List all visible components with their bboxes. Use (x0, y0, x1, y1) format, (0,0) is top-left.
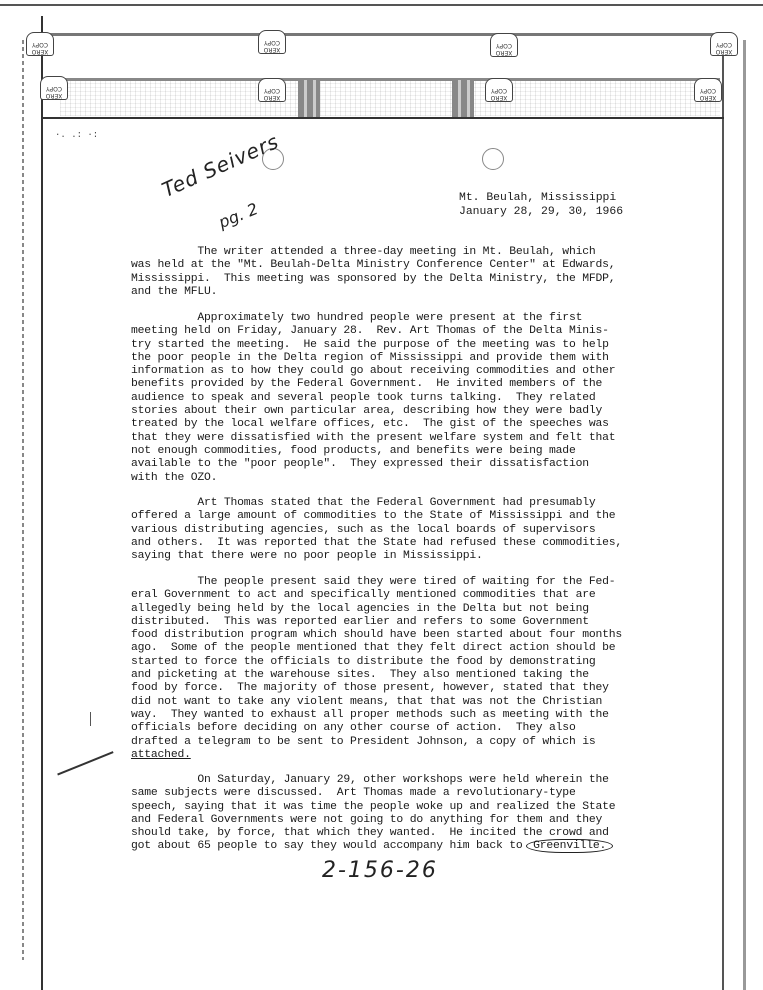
xerox-copy-stamp: XERO COPY (258, 78, 286, 102)
page-top-border (42, 117, 724, 119)
xerox-copy-stamp: XERO COPY (258, 30, 286, 54)
paragraph-2: Approximately two hundred people were pr… (131, 312, 631, 485)
text-line: eral Government to act and specifically … (131, 589, 631, 602)
text-line: food by force. The majority of those pre… (131, 682, 631, 695)
text-line: with the OZO. (131, 472, 631, 485)
xerox-copy-stamp: XERO COPY (40, 76, 68, 100)
text-line: information as to how they could go abou… (131, 365, 631, 378)
text-line: meeting held on Friday, January 28. Rev.… (131, 325, 631, 338)
text-line: way. They wanted to exhaust all proper m… (131, 709, 631, 722)
margin-scribble (50, 734, 113, 775)
text-line: and picketing at the warehouse sites. Th… (131, 669, 631, 682)
text-line: should take, by force, that which they w… (131, 827, 631, 840)
binder-bar-middle (60, 78, 720, 81)
text-line: audience to speak and several people too… (131, 392, 631, 405)
header-dates: January 28, 29, 30, 1966 (459, 206, 623, 220)
scan-noise (60, 80, 720, 116)
xerox-copy-stamp: XERO COPY (490, 33, 518, 57)
scan-right-edge (743, 40, 746, 990)
binder-bar-top (40, 33, 730, 36)
text-line: various distributing agencies, such as t… (131, 524, 631, 537)
paragraph-1: The writer attended a three-day meeting … (131, 246, 631, 299)
text-line: food distribution program which should h… (131, 629, 631, 642)
text-line: offered a large amount of commodities to… (131, 510, 631, 523)
text-line: officials before deciding on any other c… (131, 722, 631, 735)
text-line: saying that there were no poor people in… (131, 550, 631, 563)
text-line: speech, saying that it was time the peop… (131, 801, 631, 814)
text-line: treated by the local welfare offices, et… (131, 418, 631, 431)
header-place: Mt. Beulah, Mississippi (459, 192, 623, 206)
text-line: that they were dissatisfied with the pre… (131, 432, 631, 445)
handwritten-file-number: 2-156-26 (322, 858, 438, 883)
text-line: benefits provided by the Federal Governm… (131, 378, 631, 391)
text-line-lead: got about 65 people to say they would ac… (131, 840, 529, 852)
text-line: distributed. This was reported earlier a… (131, 616, 631, 629)
text-line: was held at the "Mt. Beulah-Delta Minist… (131, 259, 631, 272)
xerox-copy-stamp: XERO COPY (26, 32, 54, 56)
punch-hole-icon (482, 148, 504, 170)
text-line: available to the "poor people". They exp… (131, 458, 631, 471)
document-header: Mt. Beulah, Mississippi January 28, 29, … (459, 192, 623, 219)
text-line: stories about their own particular area,… (131, 405, 631, 418)
text-line: and others. It was reported that the Sta… (131, 537, 631, 550)
paragraph-3: Art Thomas stated that the Federal Gover… (131, 497, 631, 563)
scan-fleck: ·. .: ·: (55, 130, 98, 140)
text-line: got about 65 people to say they would ac… (131, 840, 631, 853)
xerox-copy-stamp: XERO COPY (694, 78, 722, 102)
paragraph-5: On Saturday, January 29, other workshops… (131, 774, 631, 854)
text-line: The people present said they were tired … (131, 576, 631, 589)
paragraph-4: The people present said they were tired … (131, 576, 631, 762)
binder-clip (298, 80, 320, 117)
text-line-underlined: attached. (131, 749, 631, 762)
page-left-border (41, 16, 43, 990)
text-line: and the MFLU. (131, 286, 631, 299)
xerox-copy-stamp: XERO COPY (710, 32, 738, 56)
handwritten-page-number: pg. 2 (216, 199, 261, 232)
text-line: On Saturday, January 29, other workshops… (131, 774, 631, 787)
text-line: drafted a telegram to be sent to Preside… (131, 736, 631, 749)
text-line: allegedly being held by the local agenci… (131, 603, 631, 616)
text-line: and Federal Governments were not going t… (131, 814, 631, 827)
text-line: did not want to take any violent means, … (131, 696, 631, 709)
margin-mark (90, 712, 91, 726)
scan-left-edge (22, 40, 24, 960)
text-line: started to force the officials to distri… (131, 656, 631, 669)
page-right-border (722, 40, 724, 990)
text-line: The writer attended a three-day meeting … (131, 246, 631, 259)
text-line: Approximately two hundred people were pr… (131, 312, 631, 325)
text-line: Art Thomas stated that the Federal Gover… (131, 497, 631, 510)
text-line: Mississippi. This meeting was sponsored … (131, 273, 631, 286)
circled-word: Greenville. (526, 839, 613, 853)
text-line: the poor people in the Delta region of M… (131, 352, 631, 365)
text-line: same subjects were discussed. Art Thomas… (131, 787, 631, 800)
xerox-copy-stamp: XERO COPY (485, 78, 513, 102)
text-line: ago. Some of the people mentioned that t… (131, 642, 631, 655)
text-line: try started the meeting. He said the pur… (131, 339, 631, 352)
text-line: not enough commodities, food products, a… (131, 445, 631, 458)
scan-top-edge (0, 4, 763, 6)
binder-clip (452, 80, 474, 117)
